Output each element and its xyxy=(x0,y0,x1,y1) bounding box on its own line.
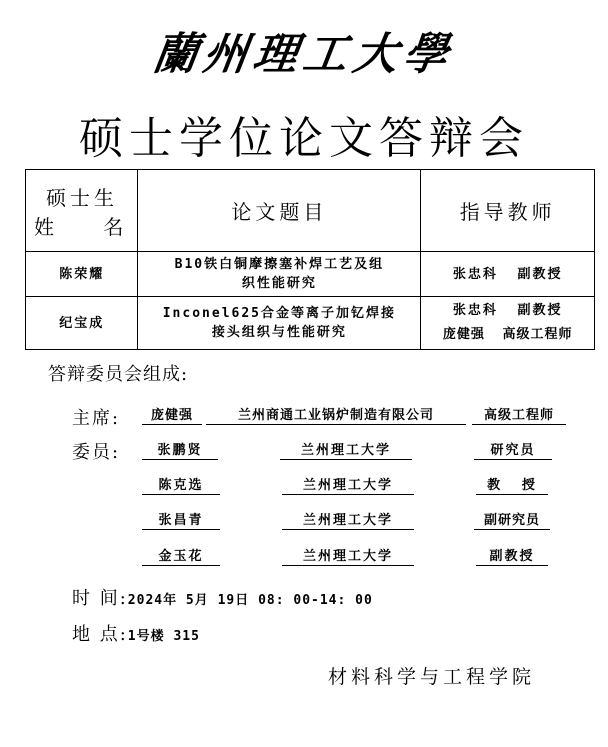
table-row: 纪宝成 Inconel625合金等离子加钇焊接 接头组织与性能研究 张忠科 副教… xyxy=(26,297,595,350)
committee-heading: 答辩委员会组成: xyxy=(48,360,188,386)
header-advisor: 指导教师 xyxy=(421,170,595,252)
page-title: 硕士学位论文答辩会 xyxy=(0,102,608,166)
header-thesis-title: 论文题目 xyxy=(138,170,421,252)
member-org: 兰州理工大学 xyxy=(282,512,414,530)
place-label: 地 点: xyxy=(72,624,128,645)
chair-org: 兰州商通工业锅炉制造有限公司 xyxy=(206,407,466,425)
member-name: 张昌青 xyxy=(142,512,220,530)
thesis-table: 硕士生 姓名 论文题目 指导教师 陈荣耀 B10铁白铜摩擦塞补焊工艺及组 织性能… xyxy=(25,169,595,350)
university-logo: 蘭州理工大學 xyxy=(0,18,608,82)
advisor: 张忠科 副教授 庞健强 高级工程师 xyxy=(421,297,595,350)
member-org: 兰州理工大学 xyxy=(282,477,414,495)
member-title: 副研究员 xyxy=(474,512,550,530)
chair-name: 庞健强 xyxy=(142,407,202,425)
member-name: 张鹏贤 xyxy=(142,442,218,460)
member-title: 教 授 xyxy=(476,477,548,495)
thesis-title: B10铁白铜摩擦塞补焊工艺及组 织性能研究 xyxy=(138,252,421,297)
chair-label: 主席: xyxy=(72,404,120,430)
member-org: 兰州理工大学 xyxy=(282,548,414,566)
time-label: 时 间: xyxy=(72,588,128,609)
members-label: 委员: xyxy=(72,438,120,464)
place-row: 地 点:1号楼 315 xyxy=(72,620,200,646)
time-value: 2024年 5月 19日 08: 00-14: 00 xyxy=(128,593,373,608)
header-student-name: 硕士生 姓名 xyxy=(26,170,138,252)
table-row: 陈荣耀 B10铁白铜摩擦塞补焊工艺及组 织性能研究 张忠科 副教授 xyxy=(26,252,595,297)
table-header-row: 硕士生 姓名 论文题目 指导教师 xyxy=(26,170,595,252)
student-name: 纪宝成 xyxy=(26,297,138,350)
school-name: 材料科学与工程学院 xyxy=(328,662,535,689)
time-row: 时 间:2024年 5月 19日 08: 00-14: 00 xyxy=(72,584,373,610)
member-org: 兰州理工大学 xyxy=(280,442,412,460)
member-name: 陈克选 xyxy=(142,477,220,495)
member-title: 副教授 xyxy=(476,548,548,566)
thesis-title: Inconel625合金等离子加钇焊接 接头组织与性能研究 xyxy=(138,297,421,350)
student-name: 陈荣耀 xyxy=(26,252,138,297)
member-title: 研究员 xyxy=(474,442,552,460)
place-value: 1号楼 315 xyxy=(128,629,200,644)
member-name: 金玉花 xyxy=(142,548,220,566)
advisor: 张忠科 副教授 xyxy=(421,252,595,297)
chair-title: 高级工程师 xyxy=(472,407,566,425)
